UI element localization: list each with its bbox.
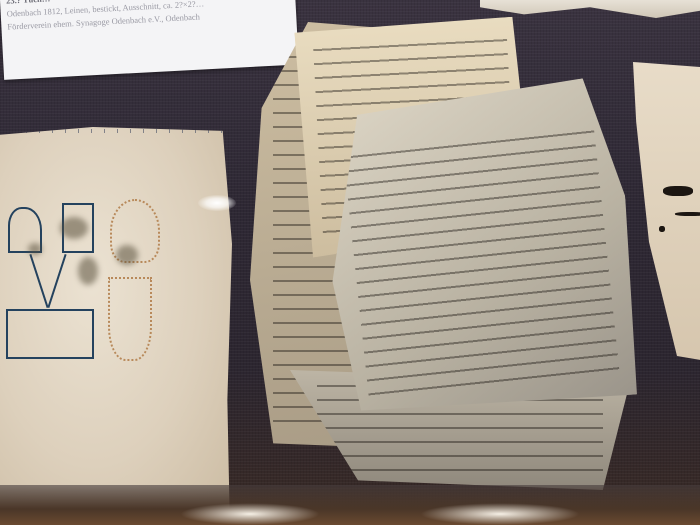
label-title: 23.? Tüch… [6,0,51,6]
glass-reflection [198,195,236,211]
museum-label-card: 23.? Tüch… Odenbach 1812, Leinen, bestic… [0,0,299,80]
right-cloth-fragment [633,62,700,362]
embroidery-tan-body [108,277,152,361]
light-glint [420,503,580,525]
stain [28,243,42,255]
ink-mark [663,186,693,196]
top-cloth-fragment [480,0,700,18]
embroidery-stem-right [47,254,66,308]
hebrew-text-lines [343,122,620,403]
paper-fragment-front [314,75,646,425]
light-glint [180,503,320,525]
display-shelf [0,485,700,525]
embroidered-linen-cloth [0,127,232,517]
edge-stitching [0,129,228,133]
photo-scene: 23.? Tüch… Odenbach 1812, Leinen, bestic… [0,0,700,525]
ink-mark [675,212,700,216]
embroidery-stem-left [29,254,48,308]
ink-mark [659,226,665,232]
stain [116,245,138,265]
embroidery-pot [6,309,94,359]
stain [60,217,88,239]
stain [78,257,98,285]
